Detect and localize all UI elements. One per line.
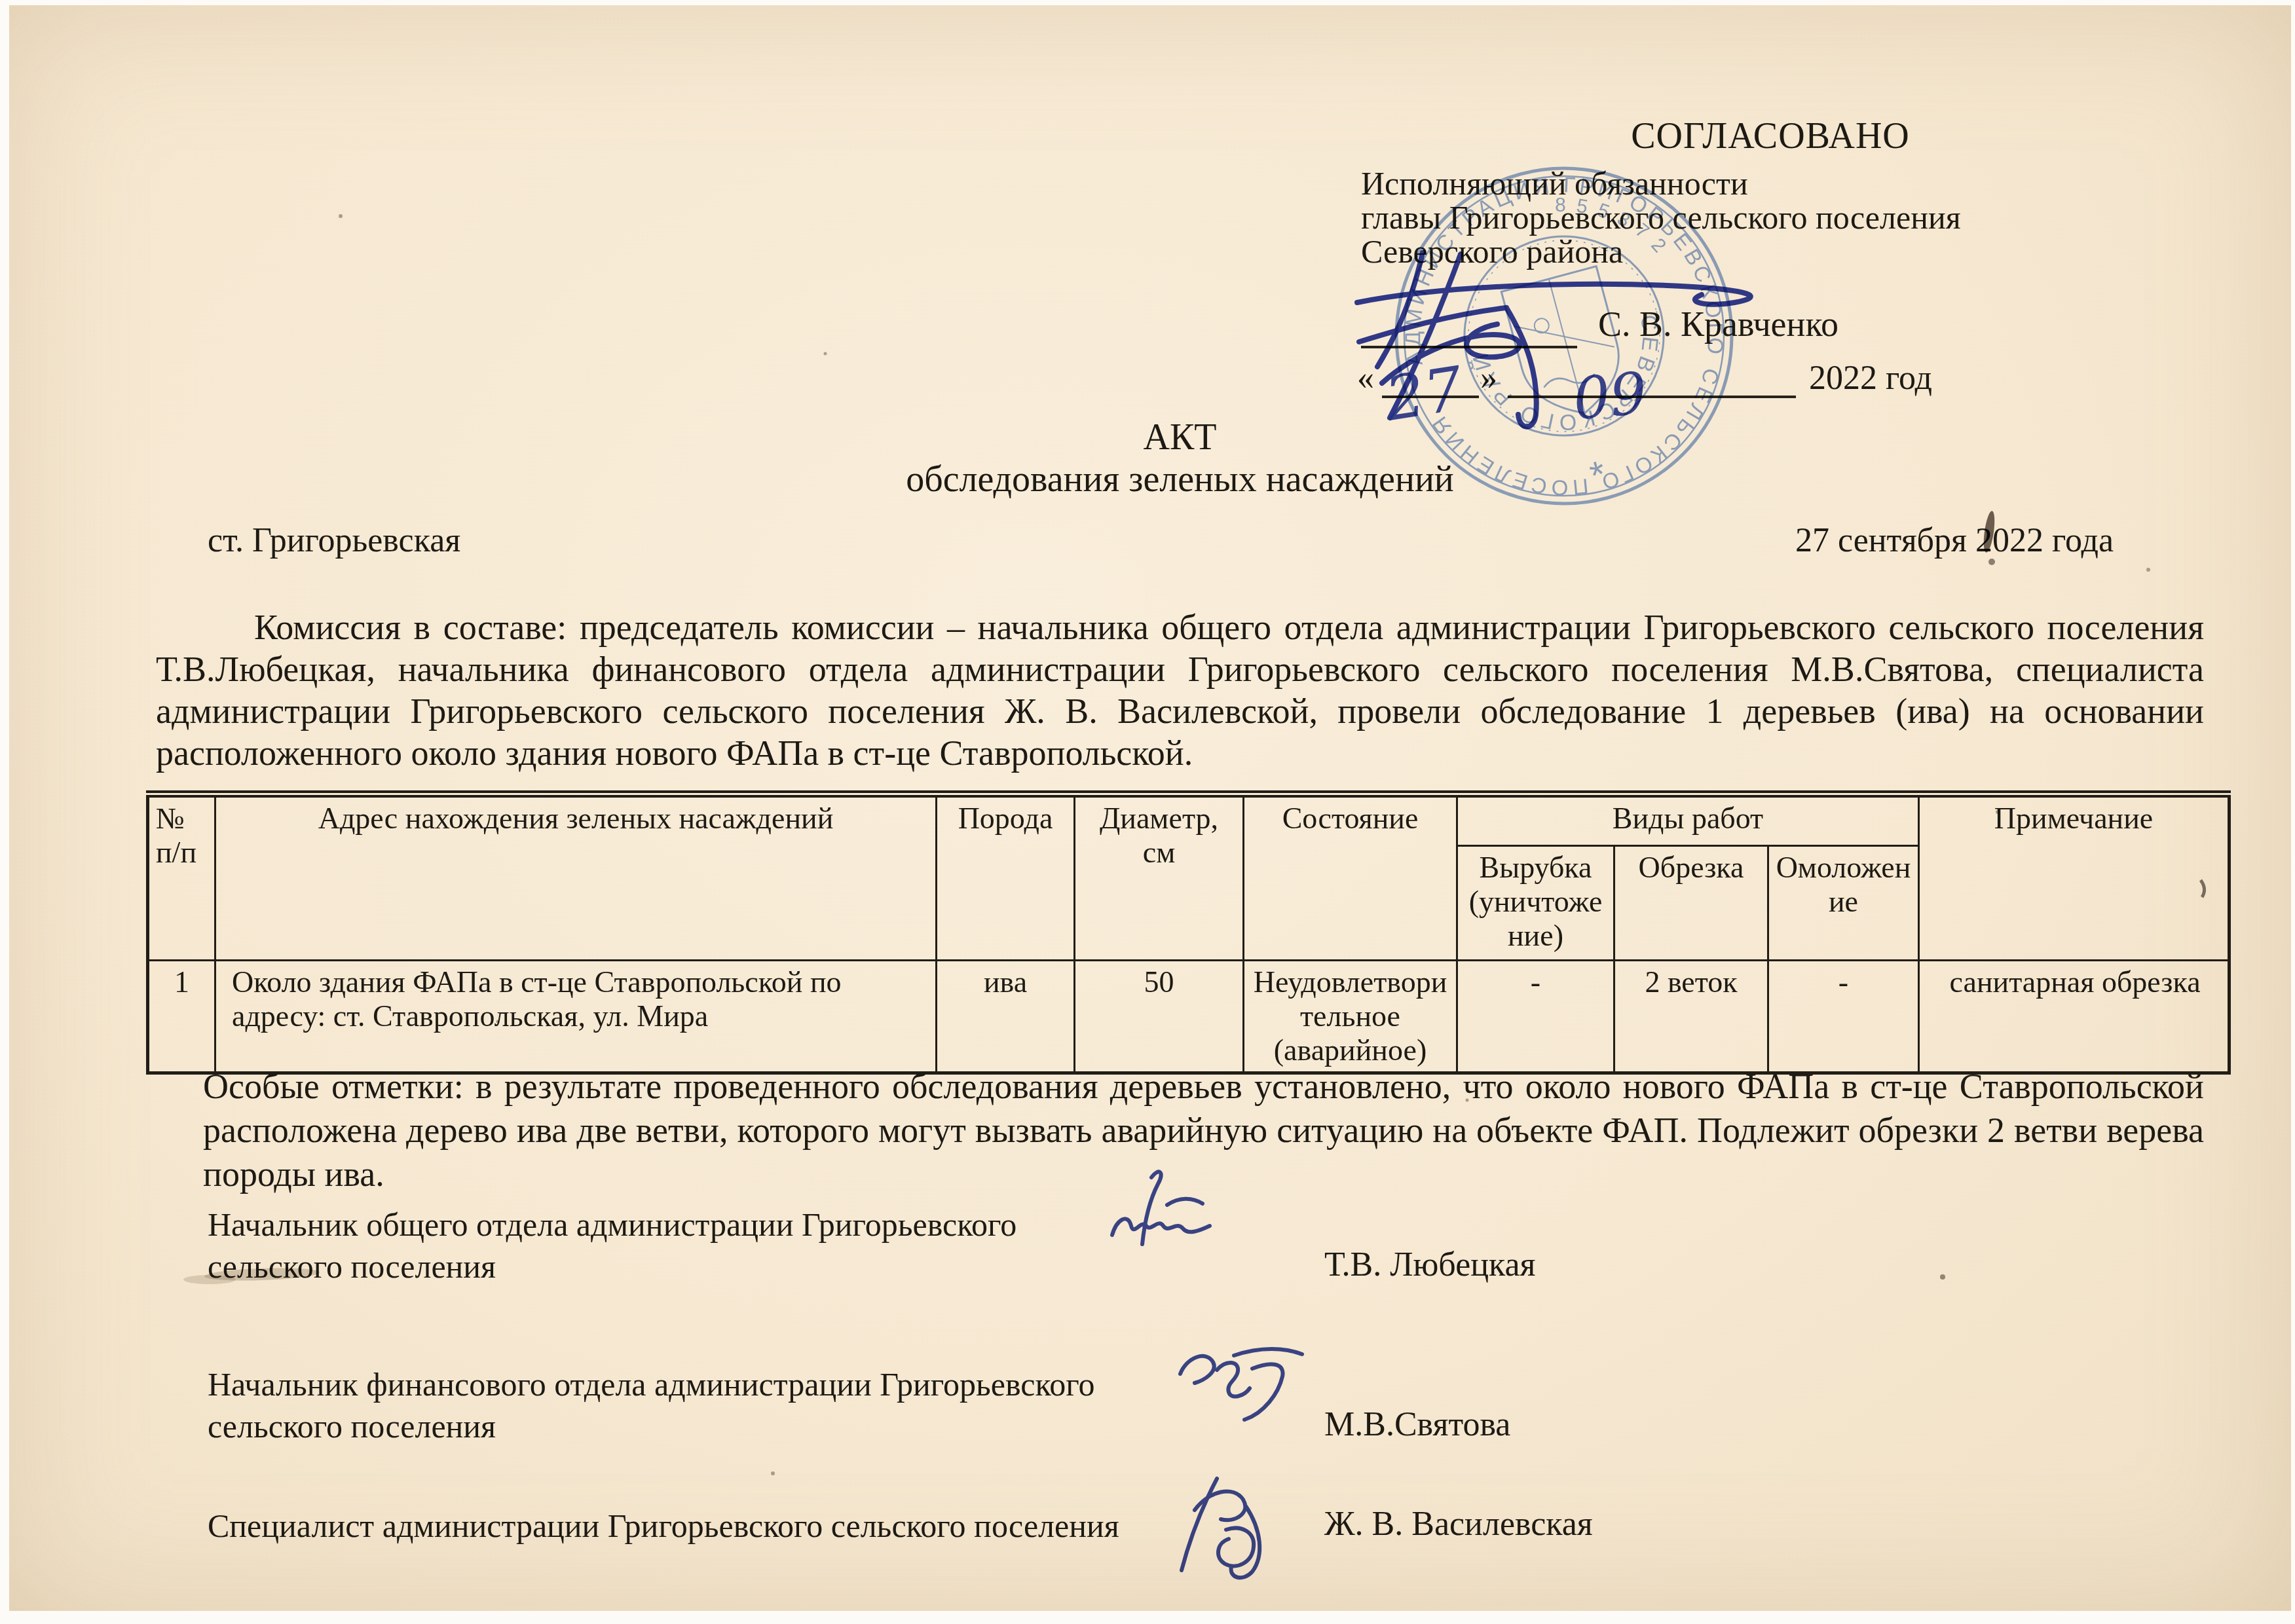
signatory-2-position: Начальник финансового отдела администрац… — [208, 1363, 1190, 1447]
scan-edge-top — [0, 0, 2295, 5]
approval-year: 2022 год — [1809, 359, 1932, 397]
signatory-2-name: М.В.Святова — [1324, 1405, 1510, 1444]
cell-address: Около здания ФАПа в ст-це Ставропольской… — [215, 961, 937, 1073]
signatory-1-line1: Начальник общего отдела администрации Гр… — [208, 1206, 1017, 1243]
document-title: АКТ — [156, 416, 2204, 458]
col-header-num: № п/п — [148, 794, 215, 961]
col-header-address: Адрес нахождения зеленых насаждений — [215, 794, 937, 961]
scan-edge-right — [2291, 0, 2295, 1624]
official-round-stamp: АДМИНИСТРАЦИЯ ГРИГОРЬЕВСКОГО СЕЛЬСКОГО П… — [1392, 164, 1736, 507]
cell-num: 1 — [148, 961, 215, 1073]
col-header-breed: Порода — [937, 794, 1075, 961]
scan-edge-left — [0, 0, 9, 1624]
cell-pruning: 2 веток — [1614, 961, 1768, 1073]
col-header-pruning: Обрезка — [1614, 846, 1768, 961]
signatory-1-position: Начальник общего отдела администрации Гр… — [208, 1204, 1190, 1287]
cell-note: санитарная обрезка — [1919, 961, 2230, 1073]
signatory-1-line2: сельского поселения — [208, 1248, 496, 1285]
cell-rejuvenation: - — [1768, 961, 1919, 1073]
cell-diameter: 50 — [1075, 961, 1244, 1073]
signatory-1-name: Т.В. Любецкая — [1324, 1246, 1536, 1284]
document-date: 27 сентября 2022 года — [1795, 521, 2114, 560]
scanned-document-page: СОГЛАСОВАНО Исполняющий обязанности глав… — [0, 0, 2295, 1624]
approval-title: СОГЛАСОВАНО — [1361, 115, 2180, 157]
inspection-table: № п/п Адрес нахождения зеленых насаждени… — [146, 790, 2228, 1075]
cell-condition: Неудовлетворительное (аварийное) — [1244, 961, 1457, 1073]
signatory-3-line1: Специалист администрации Григорьевского … — [208, 1507, 1119, 1544]
col-header-note: Примечание — [1919, 794, 2230, 961]
col-header-rejuvenation: Омоложение — [1768, 846, 1919, 961]
col-header-diameter: Диаметр, см — [1075, 794, 1244, 961]
commission-paragraph: Комиссия в составе: председатель комисси… — [156, 606, 2204, 774]
special-notes-paragraph: Особые отметки: в результате проведенног… — [203, 1065, 2204, 1196]
table-row: 1 Около здания ФАПа в ст-це Ставропольск… — [148, 961, 2230, 1073]
document-place: ст. Григорьевская — [208, 521, 460, 560]
open-quote: « — [1357, 359, 1374, 397]
signatory-3-position: Специалист администрации Григорьевского … — [208, 1505, 1229, 1547]
svyatova-signature — [1180, 1349, 1302, 1420]
signatory-3-name: Ж. В. Василевская — [1324, 1505, 1593, 1543]
col-header-felling: Вырубка (уничтожение) — [1457, 846, 1614, 961]
cell-breed: ива — [937, 961, 1075, 1073]
trees-table: № п/п Адрес нахождения зеленых насаждени… — [146, 790, 2231, 1075]
document-subtitle: обследования зеленых насаждений — [156, 458, 2204, 500]
signatory-2-line1: Начальник финансового отдела администрац… — [208, 1366, 1095, 1403]
col-header-condition: Состояние — [1244, 794, 1457, 961]
cell-felling: - — [1457, 961, 1614, 1073]
col-header-works-group: Виды работ — [1457, 794, 1919, 846]
scan-edge-bottom — [0, 1611, 2295, 1624]
signatory-2-line2: сельского поселения — [208, 1408, 496, 1445]
